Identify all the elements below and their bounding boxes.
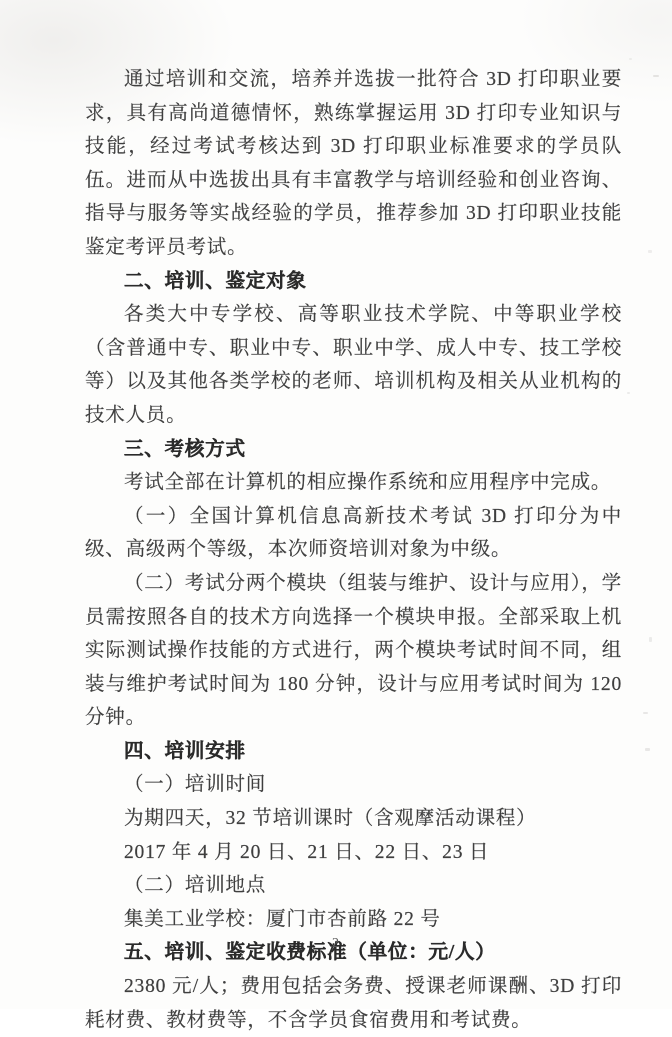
scan-noise-speck bbox=[627, 392, 630, 394]
scan-noise-speck bbox=[649, 637, 652, 642]
scan-noise-speck bbox=[653, 75, 659, 77]
paragraph: 为期四天，32 节培训课时（含观摩活动课程） bbox=[85, 802, 622, 836]
paragraph: （一）培训时间 bbox=[85, 768, 622, 802]
paragraph: 各类大中专学校、高等职业技术学院、中等职业学校（含普通中专、职业中专、职业中学、… bbox=[85, 298, 622, 432]
page-number: 2 bbox=[0, 936, 672, 952]
paragraph: 通过培训和交流，培养并选拔一批符合 3D 打印职业要求，具有高尚道德情怀，熟练掌… bbox=[85, 63, 622, 265]
section-heading: 四、培训安排 bbox=[85, 735, 622, 769]
paragraph: （二）培训地点 bbox=[85, 869, 622, 903]
paragraph: （一）全国计算机信息高新技术考试 3D 打印分为中级、高级两个等级，本次师资培训… bbox=[85, 500, 622, 567]
scan-noise-speck bbox=[648, 250, 652, 253]
paragraph: 2380 元/人；费用包括会务费、授课老师课酬、3D 打印耗材费、教材费等，不含… bbox=[85, 970, 622, 1009]
section-heading: 三、考核方式 bbox=[85, 433, 622, 467]
scan-noise-speck bbox=[643, 712, 648, 714]
scanned-document-page: 通过培训和交流，培养并选拔一批符合 3D 打印职业要求，具有高尚道德情怀，熟练掌… bbox=[0, 0, 672, 1009]
section-heading: 二、培训、鉴定对象 bbox=[85, 265, 622, 299]
paragraph: 考试全部在计算机的相应操作系统和应用程序中完成。 bbox=[85, 466, 622, 500]
scan-noise-speck bbox=[629, 58, 632, 60]
scan-noise-speck bbox=[645, 748, 650, 751]
paragraph: 2017 年 4 月 20 日、21 日、22 日、23 日 bbox=[85, 836, 622, 870]
paragraph: 集美工业学校：厦门市杏前路 22 号 bbox=[85, 903, 622, 937]
document-body: 通过培训和交流，培养并选拔一批符合 3D 打印职业要求，具有高尚道德情怀，熟练掌… bbox=[85, 63, 622, 1009]
paragraph: （二）考试分两个模块（组装与维护、设计与应用），学员需按照各自的技术方向选择一个… bbox=[85, 567, 622, 735]
